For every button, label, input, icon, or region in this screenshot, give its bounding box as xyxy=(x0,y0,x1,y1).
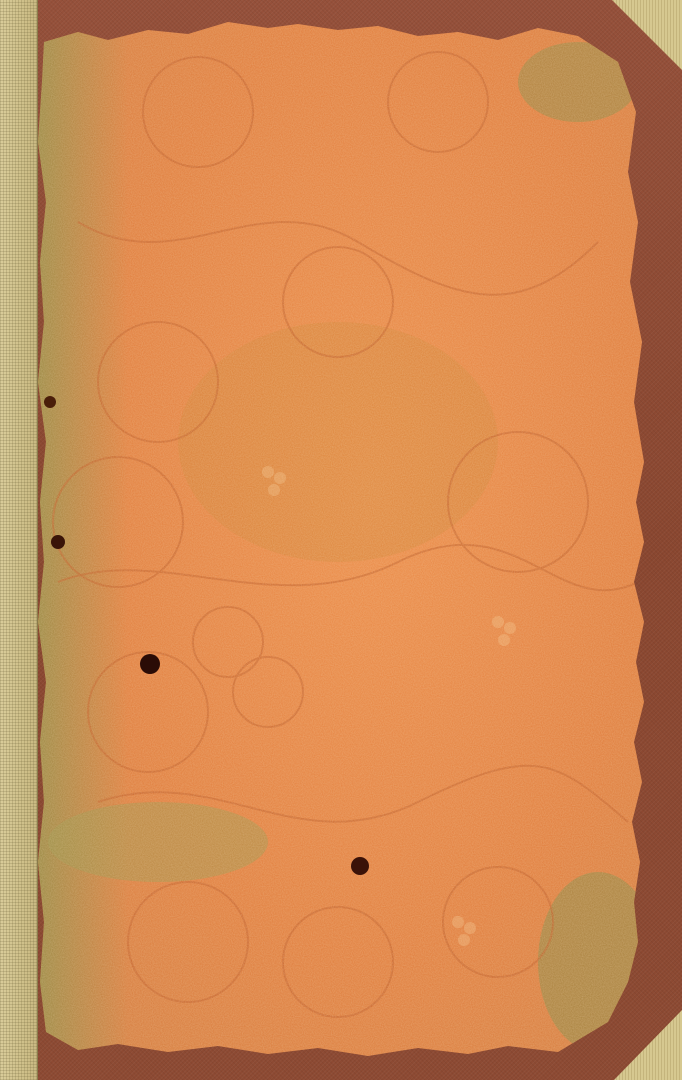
linen-spine xyxy=(0,0,38,1080)
decorative-paper-cover xyxy=(38,22,644,1058)
wormhole-dark-spot xyxy=(140,654,160,674)
